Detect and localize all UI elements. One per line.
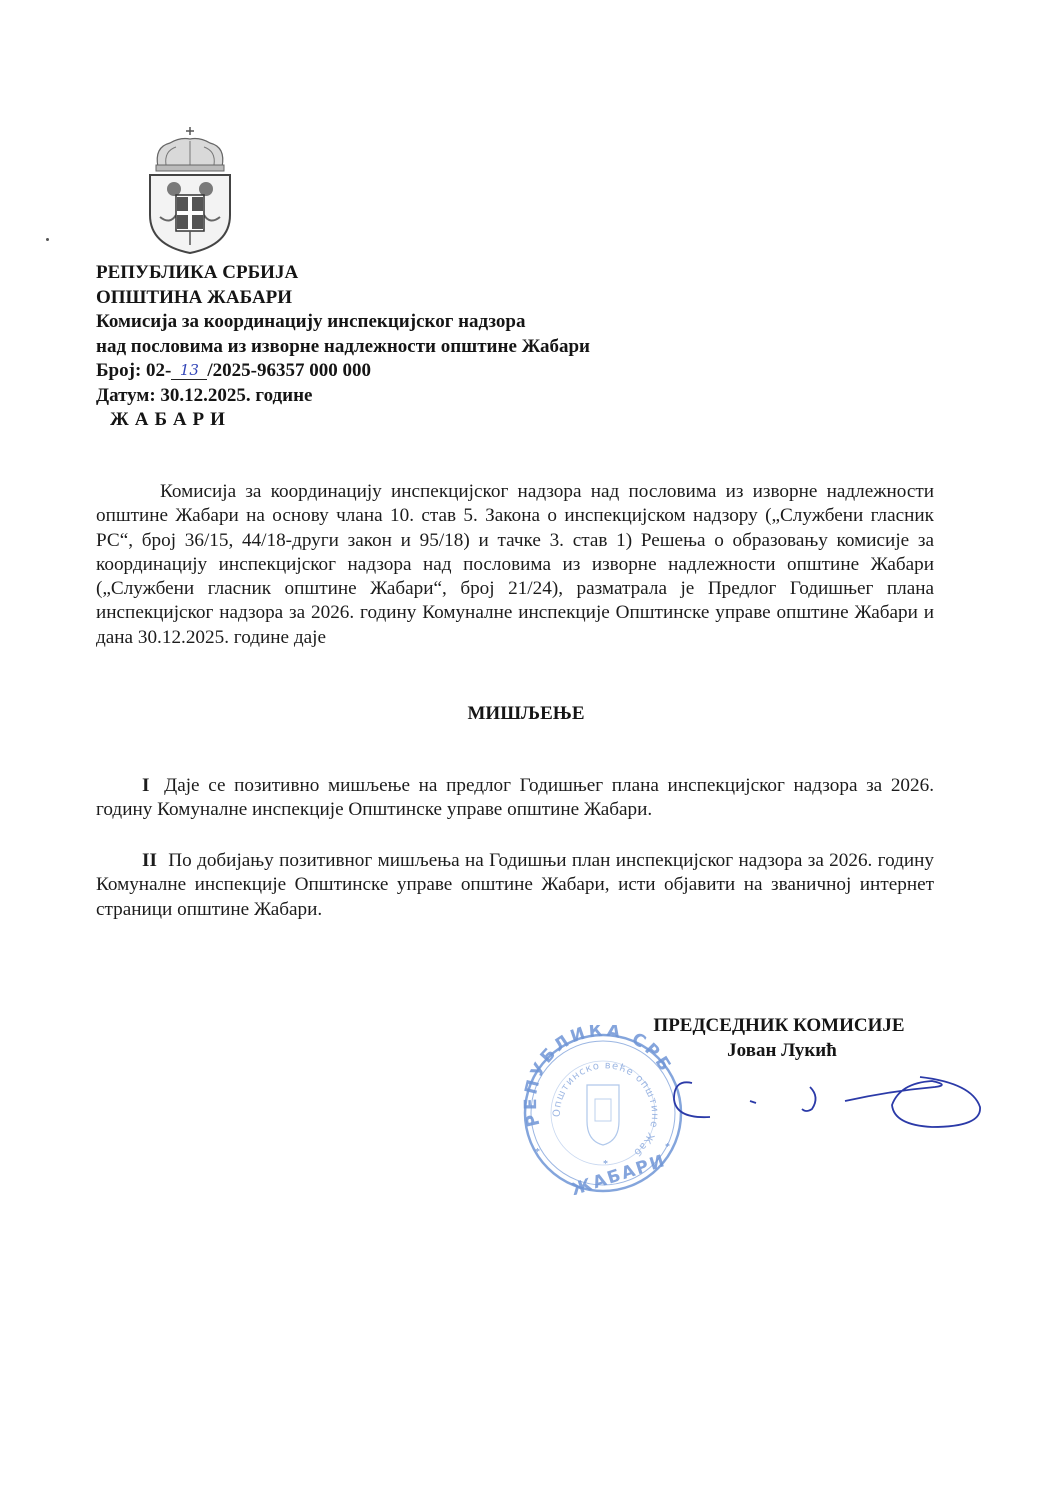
opinion-title: МИШЉЕЊЕ bbox=[0, 703, 1058, 725]
signatory-name: Јован Лукић bbox=[600, 1038, 958, 1063]
opinion-item-2: II По добијању позитивног мишљења на Год… bbox=[96, 849, 934, 922]
document-page: РЕПУБЛИКА СРБИЈА ОПШТИНА ЖАБАРИ Комисија… bbox=[0, 0, 1058, 1496]
item-number: II bbox=[142, 850, 157, 871]
country-name: РЕПУБЛИКА СРБИЈА bbox=[96, 261, 590, 286]
item-number: I bbox=[142, 775, 149, 796]
document-number: Број: 02-13/2025-96357 000 000 bbox=[96, 359, 590, 384]
document-number-prefix: Број: 02- bbox=[96, 360, 171, 381]
item-text: По добијању позитивног мишљења на Годишњ… bbox=[96, 850, 934, 920]
document-date: Датум: 30.12.2025. године bbox=[96, 384, 590, 409]
municipality-name: ОПШТИНА ЖАБАРИ bbox=[96, 286, 590, 311]
scan-speck bbox=[46, 238, 49, 241]
signatory-role: ПРЕДСЕДНИК КОМИСИЈЕ bbox=[653, 1015, 904, 1036]
handwritten-signature bbox=[670, 1065, 990, 1135]
commission-name-line1: Комисија за координацију инспекцијског н… bbox=[96, 310, 590, 335]
opinion-item-1: I Даје се позитивно мишљење на предлог Г… bbox=[96, 774, 934, 823]
item-text: Даје се позитивно мишљење на предлог Год… bbox=[96, 775, 934, 820]
document-number-suffix: /2025-96357 000 000 bbox=[207, 360, 371, 381]
svg-text:*: * bbox=[535, 1147, 540, 1158]
intro-paragraph: Комисија за координацију инспекцијског н… bbox=[96, 480, 934, 650]
document-city: ЖАБАРИ bbox=[96, 408, 590, 433]
opinion-title-text: МИШЉЕЊЕ bbox=[467, 703, 584, 725]
serbian-coat-of-arms-icon bbox=[146, 127, 234, 255]
svg-text:*: * bbox=[665, 1142, 670, 1153]
commission-name-line2: над пословима из изворне надлежности опш… bbox=[96, 335, 590, 360]
handwritten-number: 13 bbox=[171, 361, 207, 380]
svg-text:*: * bbox=[603, 1159, 608, 1170]
signature-block: ПРЕДСЕДНИК КОМИСИЈЕ Јован Лукић bbox=[600, 1013, 958, 1063]
document-header: РЕПУБЛИКА СРБИЈА ОПШТИНА ЖАБАРИ Комисија… bbox=[96, 261, 590, 433]
